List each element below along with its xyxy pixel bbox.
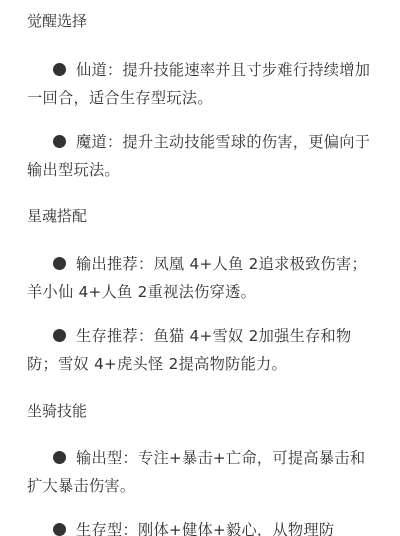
- item-label: 仙道：: [76, 61, 122, 79]
- paragraph-survival-type: 生存型：刚体+健体+毅心，从物理防: [27, 516, 373, 536]
- section-heading-star-soul: 星魂搭配: [27, 206, 87, 226]
- item-label: 输出型：: [76, 449, 138, 467]
- item-label: 生存型：: [76, 521, 138, 536]
- paragraph-xiandao: 仙道：提升技能速率并且寸步难行持续增加一回合，适合生存型玩法。: [27, 56, 373, 112]
- item-text: 刚体+健体+毅心，从物理防: [138, 521, 334, 536]
- bullet-icon: [53, 329, 66, 342]
- bullet-icon: [53, 523, 66, 536]
- paragraph-output-type: 输出型：专注+暴击+亡命，可提高暴击和扩大暴击伤害。: [27, 444, 373, 500]
- section-heading-mount-skills: 坐骑技能: [27, 401, 87, 421]
- item-label: 魔道：: [76, 133, 122, 151]
- bullet-icon: [53, 63, 66, 76]
- bullet-icon: [53, 451, 66, 464]
- bullet-icon: [53, 257, 66, 270]
- paragraph-survival-recommend: 生存推荐：鱼猫 4+雪奴 2加强生存和物防；雪奴 4+虎头怪 2提高物防能力。: [27, 322, 373, 378]
- bullet-icon: [53, 135, 66, 148]
- item-label: 生存推荐：: [76, 327, 153, 345]
- paragraph-output-recommend: 输出推荐：凤凰 4+人鱼 2追求极致伤害；羊小仙 4+人鱼 2重视法伤穿透。: [27, 250, 373, 306]
- item-label: 输出推荐：: [76, 255, 153, 273]
- paragraph-modao: 魔道：提升主动技能雪球的伤害，更偏向于输出型玩法。: [27, 128, 373, 184]
- section-heading-awakening: 觉醒选择: [27, 11, 87, 31]
